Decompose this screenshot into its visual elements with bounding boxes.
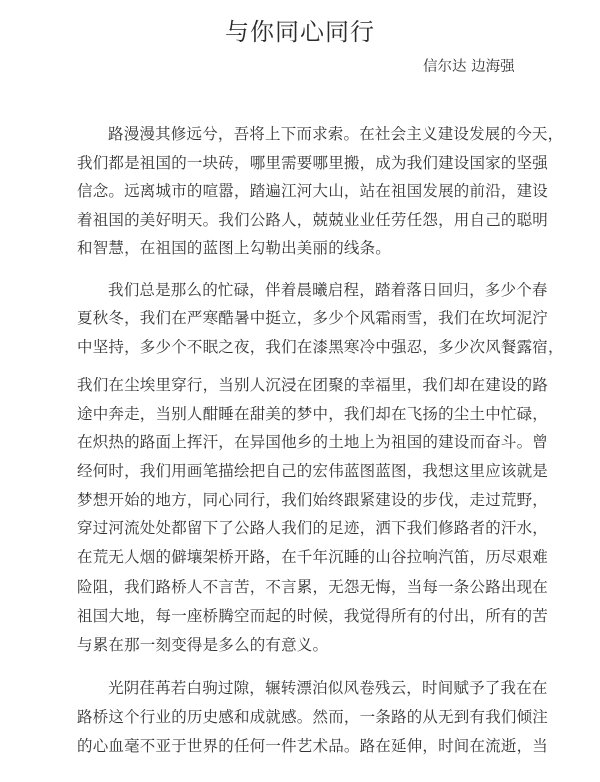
text-line: 路桥这个行业的历史感和成就感。然而，一条路的从无到有我们倾注 — [77, 705, 548, 727]
text-line: 我们在尘埃里穿行，当别人沉浸在团聚的幸福里，我们却在建设的路 — [77, 373, 548, 395]
text-line: 险阻，我们路桥人不言苦，不言累，无怨无悔，当每一条公路出现在 — [77, 575, 548, 597]
text-line: 梦想开始的地方，同心同行，我们始终跟紧建设的步伐，走过荒野， — [77, 488, 548, 510]
text-line: 夏秋冬，我们在严寒酷暑中挺立，多少个风霜雨雪，我们在坎坷泥泞 — [77, 306, 548, 328]
text-line: 我们总是那么的忙碌，伴着晨曦启程，踏着落日回归，多少个春 — [108, 278, 548, 300]
text-line: 祖国大地，每一座桥腾空而起的时候，我觉得所有的付出，所有的苦 — [77, 604, 548, 626]
text-line: 途中奔走，当别人酣睡在甜美的梦中，我们却在飞扬的尘土中忙碌， — [77, 402, 548, 424]
text-line: 与累在那一刻变得是多么的有意义。 — [77, 633, 328, 655]
text-line: 信念。远离城市的喧嚣，踏遍江河大山，站在祖国发展的前沿，建设 — [77, 179, 548, 201]
text-line: 着祖国的美好明天。我们公路人，兢兢业业任劳任怨，用自己的聪明 — [77, 208, 548, 230]
text-line: 中坚持，多少个不眠之夜，我们在漆黑寒冷中强忍，多少次风餐露宿， — [77, 335, 564, 357]
article-title: 与你同心同行 — [0, 12, 600, 47]
text-line: 穿过河流处处都留下了公路人我们的足迹，洒下我们修路者的汗水， — [77, 516, 548, 538]
text-line: 和智慧，在祖国的蓝图上勾勒出美丽的线条。 — [77, 236, 391, 258]
text-line: 在炽热的路面上挥汗，在异国他乡的土地上为祖国的建设而奋斗。曾 — [77, 430, 548, 452]
text-line: 在荒无人烟的僻壤架桥开路，在千年沉睡的山谷拉响汽笛，历尽艰难 — [77, 545, 548, 567]
text-line: 路漫漫其修远兮，吾将上下而求索。在社会主义建设发展的今天， — [108, 122, 563, 144]
text-line: 经何时，我们用画笔描绘把自己的宏伟蓝图蓝图，我想这里应该就是 — [77, 459, 548, 481]
text-line: 的心血毫不亚于世界的任何一件艺术品。路在延伸，时间在流逝，当 — [77, 734, 548, 756]
article-author: 信尔达 边海强 — [423, 55, 515, 76]
text-line: 光阴荏苒若白驹过隙，辗转漂泊似风卷残云，时间赋予了我在在 — [108, 676, 548, 698]
text-line: 我们都是祖国的一块砖，哪里需要哪里搬，成为我们建设国家的坚强 — [77, 151, 548, 173]
